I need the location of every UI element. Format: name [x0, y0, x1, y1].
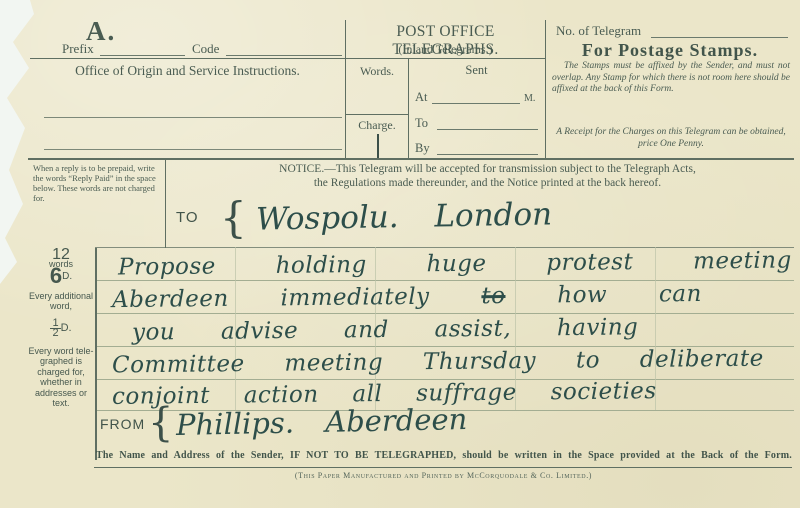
- message-line-2: Aberdeen immediately to how can: [112, 281, 702, 313]
- from-label: FROM: [100, 416, 145, 432]
- sent-at-fill-line: [432, 102, 520, 104]
- prefix-fill-line: [100, 54, 185, 56]
- sender-note: The Name and Address of the Sender, IF N…: [96, 450, 792, 461]
- charge-label: Charge.: [346, 118, 408, 133]
- manufacturer-note: (This Paper Manufactured and Printed by …: [95, 471, 792, 480]
- sent-label: Sent: [408, 63, 545, 78]
- form-subtitle: (Inland Telegrams.): [346, 42, 545, 57]
- rates-charged-note: Every word tele-graphed is charged for, …: [28, 346, 94, 409]
- postage-stamps-note: The Stamps must be affixed by the Sender…: [552, 61, 790, 96]
- divider-under-prefix: [30, 58, 345, 59]
- rates-base-price: 6D.: [28, 271, 94, 286]
- meridiem-label: M.: [524, 93, 535, 104]
- divider-under-title: [345, 58, 545, 59]
- office-of-origin-label: Office of Origin and Service Instruction…: [30, 63, 345, 79]
- from-value-handwriting: Phillips. Aberdeen: [176, 402, 468, 442]
- sent-at-label: At: [415, 90, 428, 105]
- code-label: Code: [192, 41, 219, 57]
- sent-to-fill-line: [437, 128, 538, 130]
- to-brace: {: [220, 193, 247, 242]
- message-line-4: Committee meeting Thursday to deliberate: [112, 346, 764, 379]
- message-rule-line: [95, 313, 794, 314]
- message-line-3: you advise and assist, having: [132, 314, 639, 345]
- divider-rates-message: [95, 248, 97, 460]
- telegram-form: A. Prefix Code Office of Origin and Serv…: [0, 0, 800, 508]
- message-line-1: Propose holding huge protest meeting: [118, 247, 792, 280]
- office-write-line-1: [44, 117, 342, 118]
- divider-header-notice: [28, 158, 794, 160]
- words-label: Words.: [346, 64, 408, 79]
- divider-above-manufacturer: [94, 467, 792, 468]
- charge-tick-mark: [377, 134, 379, 158]
- divider-right-of-title: [545, 20, 546, 160]
- notice-line-1: NOTICE.—This Telegram will be accepted f…: [185, 163, 790, 175]
- struck-word: to: [481, 283, 505, 309]
- postage-stamps-heading: For Postage Stamps.: [548, 40, 792, 61]
- to-value-handwriting: Wospolu. London: [256, 196, 553, 237]
- rates-additional-label: Every additional word,: [28, 291, 94, 312]
- reply-prepaid-note: When a reply is to be prepaid, write the…: [33, 163, 161, 203]
- to-label: TO: [176, 209, 199, 226]
- prefix-label: Prefix: [62, 41, 94, 57]
- sent-by-label: By: [415, 141, 430, 156]
- divider-replynote-notice: [165, 160, 166, 248]
- no-of-telegram-label: No. of Telegram: [556, 23, 641, 39]
- rates-column: 12 words 6D. Every additional word, 12D.…: [28, 250, 94, 409]
- from-brace: {: [148, 400, 173, 446]
- sent-by-fill-line: [437, 153, 538, 155]
- torn-paper-edge: [0, 0, 42, 292]
- notice-line-2: the Regulations made thereunder, and the…: [185, 177, 790, 189]
- divider-words-charge: [345, 114, 408, 115]
- no-of-telegram-fill-line: [651, 36, 788, 38]
- receipt-note: A Receipt for the Charges on this Telegr…: [552, 126, 790, 150]
- office-write-line-2: [44, 149, 342, 150]
- code-fill-line: [226, 54, 342, 56]
- sent-to-label: To: [415, 116, 428, 131]
- rates-halfpenny: 12D.: [28, 319, 94, 338]
